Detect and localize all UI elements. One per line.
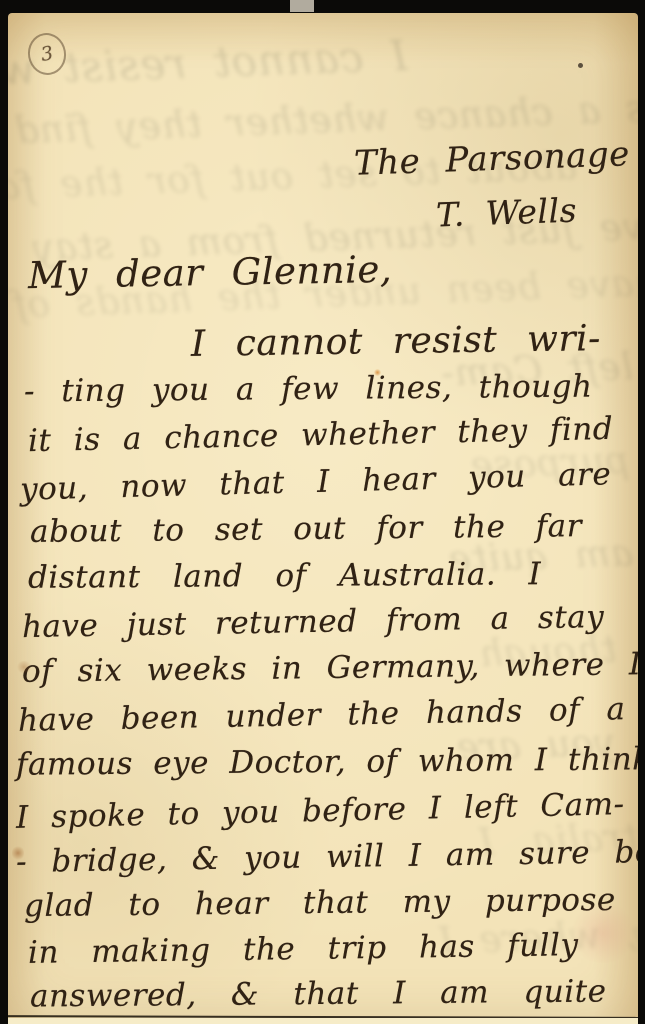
letter-heading-address-line1: The Parsonage: [353, 134, 630, 184]
page-number-circled: 3: [25, 30, 70, 78]
ghost-text-line: I cannot resist wri-: [8, 31, 408, 96]
letter-line: distant land of Australia. I: [28, 556, 541, 596]
letter-line: in making the trip has fully: [28, 927, 579, 971]
letter-paper: I cannot resist wri-it is a chance wheth…: [8, 13, 638, 1024]
letter-line: answered, & that I am quite: [30, 973, 607, 1014]
scanned-letter-page: I cannot resist wri-it is a chance wheth…: [0, 0, 645, 1024]
letter-salutation: My dear Glennie,: [28, 248, 393, 297]
letter-line: it is a chance whether they find: [28, 411, 614, 459]
paper-edge-strip: [8, 1018, 638, 1024]
letter-line: have just returned from a stay: [22, 599, 605, 645]
letter-heading-address-line2: T. Wells: [435, 191, 577, 235]
letter-line: glad to hear that my purpose: [24, 882, 616, 924]
scan-edge-notch: [290, 0, 314, 12]
letter-line: about to set out for the far: [30, 508, 582, 550]
letter-line: you, now that I hear you are: [20, 456, 612, 507]
letter-line: I spoke to you before I left Cam-: [16, 786, 625, 836]
letter-line: I cannot resist wri-: [191, 318, 601, 365]
letter-line: of six weeks in Germany, where I: [22, 646, 638, 690]
letter-line: have been under the hands of a: [18, 691, 626, 739]
letter-line: famous eye Doctor, of whom I think: [16, 741, 638, 783]
letter-line: - ting you a few lines, though: [24, 369, 593, 410]
ink-speck: [578, 63, 583, 68]
letter-line: - bridge, & you will I am sure be: [16, 834, 638, 880]
